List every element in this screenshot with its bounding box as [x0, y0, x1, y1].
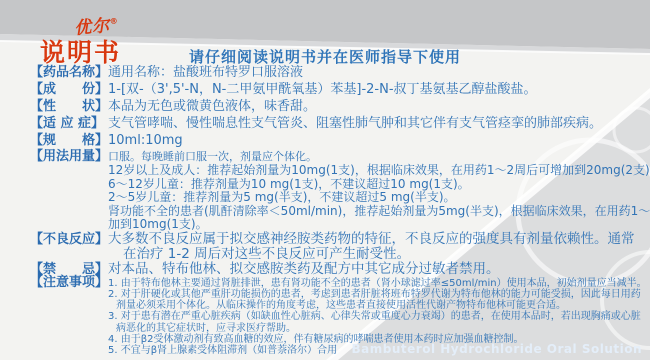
- section-text: 本品为无色或微黄色液体，味香甜。: [108, 99, 316, 114]
- precaution-3: 3. 对于患有潜在严重心脏疾病（如缺血性心脏病、心律失常或重度心力衰竭）的患者，…: [108, 311, 650, 322]
- section-label: 【不良反应】: [30, 233, 108, 248]
- section-label: 【用法用量】: [30, 149, 108, 164]
- precaution-3-cont: 病恶化的其它症状时，应寻求医疗帮助。: [116, 323, 650, 334]
- dosage-children-6-12: 6～12岁儿童：推荐剂量为10 mg(1支)，不建议超过10 mg(1支)。: [108, 178, 650, 192]
- section-text: 对本品、特布他林、拟交感胺类药及配方中其它成分过敏者禁用。: [108, 261, 500, 277]
- doc-title: 说明书: [40, 33, 121, 69]
- section-label: 【成 份】: [30, 81, 108, 98]
- section-ingredients: 【成 份】1-[双-（3',5'-N，N-二甲氨甲酰氧基）苯基]-2-N-叔丁基…: [30, 81, 650, 98]
- package-insert-page: 优尔® 说明书 请仔细阅读说明书并在医师指导下使用 【药品名称】通用名称：盐酸班…: [0, 0, 650, 360]
- dosage-adults: 12岁以上及成人：推荐起始剂量为10mg(1支)，根据临床效果，在用药1～2周后…: [108, 164, 650, 178]
- section-label: 【适 应 症】: [30, 115, 108, 132]
- section-dosage: 【用法用量】口服。每晚睡前口服一次，剂量应个体化。 12岁以上及成人：推荐起始剂…: [30, 149, 650, 232]
- section-description: 【性 状】本品为无色或微黄色液体，味香甜。: [30, 98, 650, 115]
- precaution-2: 2. 对于肝硬化或其他严重肝功能损伤的患者，考虑到患者肝脏将班布特罗代谢为特布他…: [108, 289, 650, 300]
- section-contraindications: 【禁 忌】对本品、特布他林、拟交感胺类药及配方中其它成分过敏者禁用。: [30, 262, 650, 277]
- section-label: 【注意事项】: [30, 277, 108, 288]
- section-indications: 【适 应 症】支气管哮喘、慢性喘息性支气管炎、阻塞性肺气肿和其它伴有支气管痉挛的…: [30, 115, 650, 132]
- dosage-renal-impairment-cont: 加到10mg(1支)。: [108, 218, 650, 232]
- section-adverse-reactions: 【不良反应】大多数不良反应属于拟交感神经胺类药物的特征，不良反应的强度具有剂量依…: [30, 232, 650, 262]
- section-text: 1-[双-（3',5'-N，N-二甲氨甲酰氧基）苯基]-2-N-叔丁基氨基乙醇盐…: [108, 82, 537, 97]
- insert-body: 【药品名称】通用名称：盐酸班布特罗口服溶液 【成 份】1-[双-（3',5'-N…: [30, 64, 650, 357]
- section-text: 10ml:10mg: [108, 133, 183, 148]
- section-text: 通用名称：盐酸班布特罗口服溶液: [108, 65, 303, 80]
- dosage-children-2-5: 2～5岁儿童：推荐剂量为5 mg(半支)，不建议超过5 mg(半支)。: [108, 191, 650, 205]
- section-label: 【规 格】: [30, 132, 108, 149]
- dosage-renal-impairment: 肾功能不全的患者(肌酐清除率＜50ml/min)，推荐起始剂量为5mg(半支)，…: [108, 205, 650, 219]
- registered-mark: ®: [109, 16, 119, 26]
- adverse-reactions-cont: 在治疗 1-2 周后对这些不良反应可产生耐受性。: [123, 247, 650, 262]
- section-text: 大多数不良反应属于拟交感神经胺类药物的特征，不良反应的强度具有剂量依赖性。通常: [108, 231, 635, 247]
- precaution-2-cont: 剂量必须采用个体化。从临床操作的角度考虑，这些患者直接使用活性代谢产物特布他林可…: [116, 300, 650, 311]
- section-text: 口服。每晚睡前口服一次，剂量应个体化。: [108, 150, 317, 163]
- section-drug-name: 【药品名称】通用名称：盐酸班布特罗口服溶液: [30, 64, 650, 81]
- precaution-1: 1. 由于特布他林主要通过肾脏排泄，患有肾功能不全的患者（肾小球滤过率≤50ml…: [108, 278, 647, 289]
- english-product-name-watermark: Bambuterol Hydrochloride Oral Solution: [352, 342, 642, 356]
- section-strength: 【规 格】10ml:10mg: [30, 132, 650, 149]
- section-label: 【性 状】: [30, 98, 108, 115]
- section-text: 支气管哮喘、慢性喘息性支气管炎、阻塞性肺气肿和其它伴有支气管痉挛的肺部疾病。: [108, 116, 602, 131]
